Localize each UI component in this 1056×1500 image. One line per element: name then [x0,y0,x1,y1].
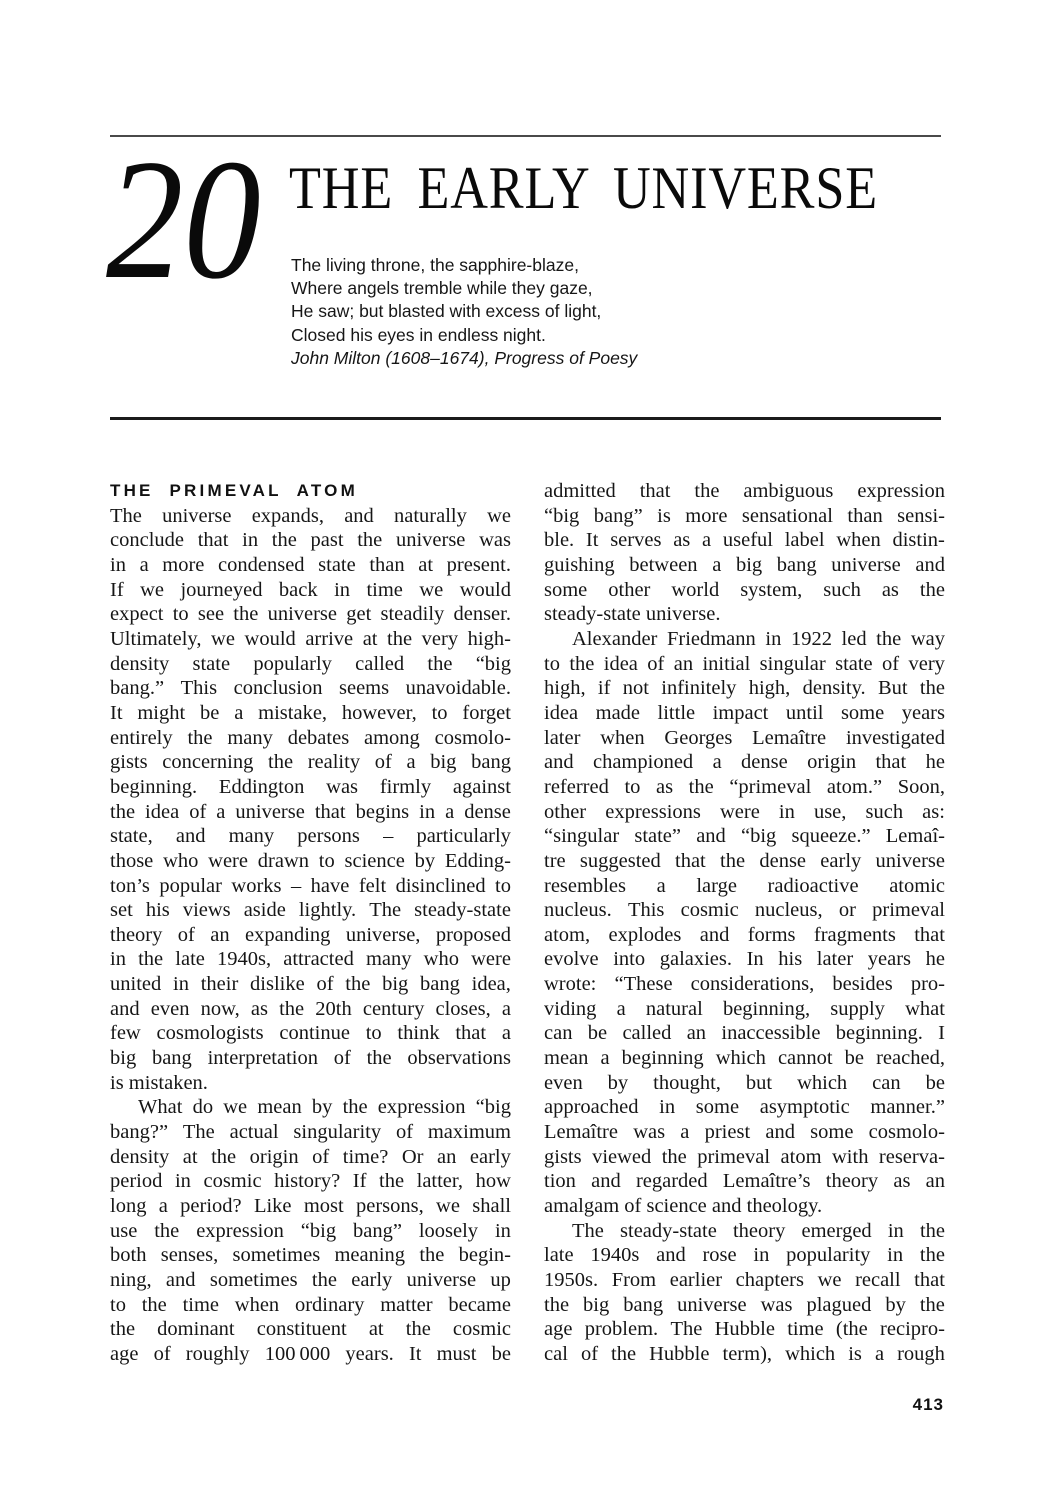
epigraph: The living throne, the sapphire-blaze, W… [291,254,637,370]
text-line: bigbanginterpretationoftheobservations [110,1046,511,1071]
text-line: densitystatepopularlycalledthe“big [110,652,511,677]
text-line: bang.”Thisconclusionseemsunavoidable. [110,676,511,701]
text-line: Ultimately,wewouldarriveattheveryhigh- [110,627,511,652]
text-line: inthelate1940s,attractedmanywhowere [110,947,511,972]
text-line: ageofroughly100 000years.Itmustbe [110,1342,511,1367]
text-line: tothetimewhenordinarymatterbecame [110,1293,511,1318]
section-heading: THE PRIMEVAL ATOM [110,479,511,504]
text-line: is mistaken. [110,1071,511,1096]
epigraph-line: The living throne, the sapphire-blaze, [291,254,637,277]
text-line: thedominantconstituentatthecosmic [110,1317,511,1342]
text-line: thebigbanguniversewasplaguedbythe [544,1293,945,1318]
paragraph: Whatdowemeanbytheexpression“bigbang?”The… [110,1095,511,1366]
text-line: andchampionedadenseoriginthathe [544,750,945,775]
text-line: admittedthattheambiguousexpression [544,479,945,504]
page-number: 413 [844,1395,944,1415]
text-line: Itmightbeamistake,however,toforget [110,701,511,726]
body-columns: THE PRIMEVAL ATOM Theuniverseexpands,and… [110,479,945,1367]
text-line: thosewhoweredrawntosciencebyEdding- [110,849,511,874]
text-line: Ifwejourneyedbackintimewewould [110,578,511,603]
section-rule [110,417,941,420]
right-column: admittedthattheambiguousexpression“bigba… [544,479,945,1367]
text-line: sethisviewsasidelightly.Thesteady-state [110,898,511,923]
text-line: theideaofauniversethatbeginsinadense [110,800,511,825]
text-line: nucleus.Thiscosmicnucleus,orprimeval [544,898,945,923]
text-line: periodincosmichistory?Ifthelatter,how [110,1169,511,1194]
text-line: otherexpressionswereinuse,suchas: [544,800,945,825]
text-line: “singularstate”and“bigsqueeze.”Lemaî- [544,824,945,849]
text-line: “bigbang”ismoresensationalthansensi- [544,504,945,529]
text-line: bothsenses,sometimesmeaningthebegin- [110,1243,511,1268]
text-line: laterwhenGeorgesLemaîtreinvestigated [544,726,945,751]
text-line: theoryofanexpandinguniverse,proposed [110,923,511,948]
chapter-title: THE EARLY UNIVERSE [289,154,878,223]
text-line: approachedinsomeasymptoticmanner.” [544,1095,945,1120]
text-line: referredtoasthe“primevalatom.”Soon, [544,775,945,800]
text-line: Theuniverseexpands,andnaturallywe [110,504,511,529]
text-line: meanabeginningwhichcannotbereached, [544,1046,945,1071]
text-line: resemblesalargeradioactiveatomic [544,874,945,899]
text-line: caloftheHubbleterm),whichisarough [544,1342,945,1367]
text-line: gistsviewedtheprimevalatomwithreserva- [544,1145,945,1170]
text-line: AlexanderFriedmannin1922ledtheway [544,627,945,652]
epigraph-attribution: John Milton (1608–1674), Progress of Poe… [291,347,637,370]
text-line: Whatdowemeanbytheexpression“big [110,1095,511,1120]
text-line: longaperiod?Likemostpersons,weshall [110,1194,511,1219]
text-line: steady-state universe. [544,602,945,627]
text-line: amalgam of science and theology. [544,1194,945,1219]
text-line: inamorecondensedstatethanatpresent. [110,553,511,578]
text-line: ageproblem.TheHubbletime(therecipro- [544,1317,945,1342]
epigraph-line: Closed his eyes in endless night. [291,324,637,347]
book-page: 20 THE EARLY UNIVERSE The living throne,… [0,0,1056,1500]
text-line: unitedintheirdislikeofthebigbangidea, [110,972,511,997]
text-line: someotherworldsystem,suchasthe [544,578,945,603]
text-line: canbecalledaninaccessiblebeginning.I [544,1021,945,1046]
text-line: vidinganaturalbeginning,supplywhat [544,997,945,1022]
text-line: atom,explodesandformsfragmentsthat [544,923,945,948]
text-line: bang?”Theactualsingularityofmaximum [110,1120,511,1145]
paragraph: AlexanderFriedmannin1922ledthewaytotheid… [544,627,945,1219]
text-line: gistsconcerningtherealityofabigbang [110,750,511,775]
text-line: high,ifnotinfinitelyhigh,density.Butthe [544,676,945,701]
text-line: ideamadelittleimpactuntilsomeyears [544,701,945,726]
text-line: 1950s.Fromearlierchapterswerecallthat [544,1268,945,1293]
paragraph: Thesteady-statetheoryemergedinthelate194… [544,1219,945,1367]
text-line: tresuggestedthatthedenseearlyuniverse [544,849,945,874]
text-line: evolveintogalaxies.Inhislateryearshe [544,947,945,972]
text-line: totheideaofaninitialsingularstateofvery [544,652,945,677]
text-line: andevennow,asthe20thcenturycloses,a [110,997,511,1022]
chapter-number: 20 [106,122,261,319]
left-column: THE PRIMEVAL ATOM Theuniverseexpands,and… [110,479,511,1367]
text-line: fewcosmologistscontinuetothinkthata [110,1021,511,1046]
text-line: concludethatinthepasttheuniversewas [110,528,511,553]
epigraph-line: He saw; but blasted with excess of light… [291,300,637,323]
paragraph: Theuniverseexpands,andnaturallyweconclud… [110,504,511,1096]
text-line: late1940sandroseinpopularityinthe [544,1243,945,1268]
text-line: beginning.Eddingtonwasfirmlyagainst [110,775,511,800]
text-line: Lemaîtrewasapriestandsomecosmolo- [544,1120,945,1145]
text-line: evenbythought,butwhichcanbe [544,1071,945,1096]
text-line: wrote:“Theseconsiderations,besidespro- [544,972,945,997]
epigraph-line: Where angels tremble while they gaze, [291,277,637,300]
text-line: guishingbetweenabigbanguniverseand [544,553,945,578]
text-line: ning,andsometimestheearlyuniverseup [110,1268,511,1293]
text-line: entirelythemanydebatesamongcosmolo- [110,726,511,751]
text-line: densityattheoriginoftime?Oranearly [110,1145,511,1170]
text-line: Thesteady-statetheoryemergedinthe [544,1219,945,1244]
text-line: ton’spopularworks–havefeltdisinclinedto [110,874,511,899]
paragraph: admittedthattheambiguousexpression“bigba… [544,479,945,627]
text-line: state,andmanypersons–particularly [110,824,511,849]
text-line: expecttoseetheuniversegetsteadilydenser. [110,602,511,627]
text-line: ble.Itservesasausefullabelwhendistin- [544,528,945,553]
text-line: usetheexpression“bigbang”looselyin [110,1219,511,1244]
text-line: tionandregardedLemaître’stheoryasan [544,1169,945,1194]
